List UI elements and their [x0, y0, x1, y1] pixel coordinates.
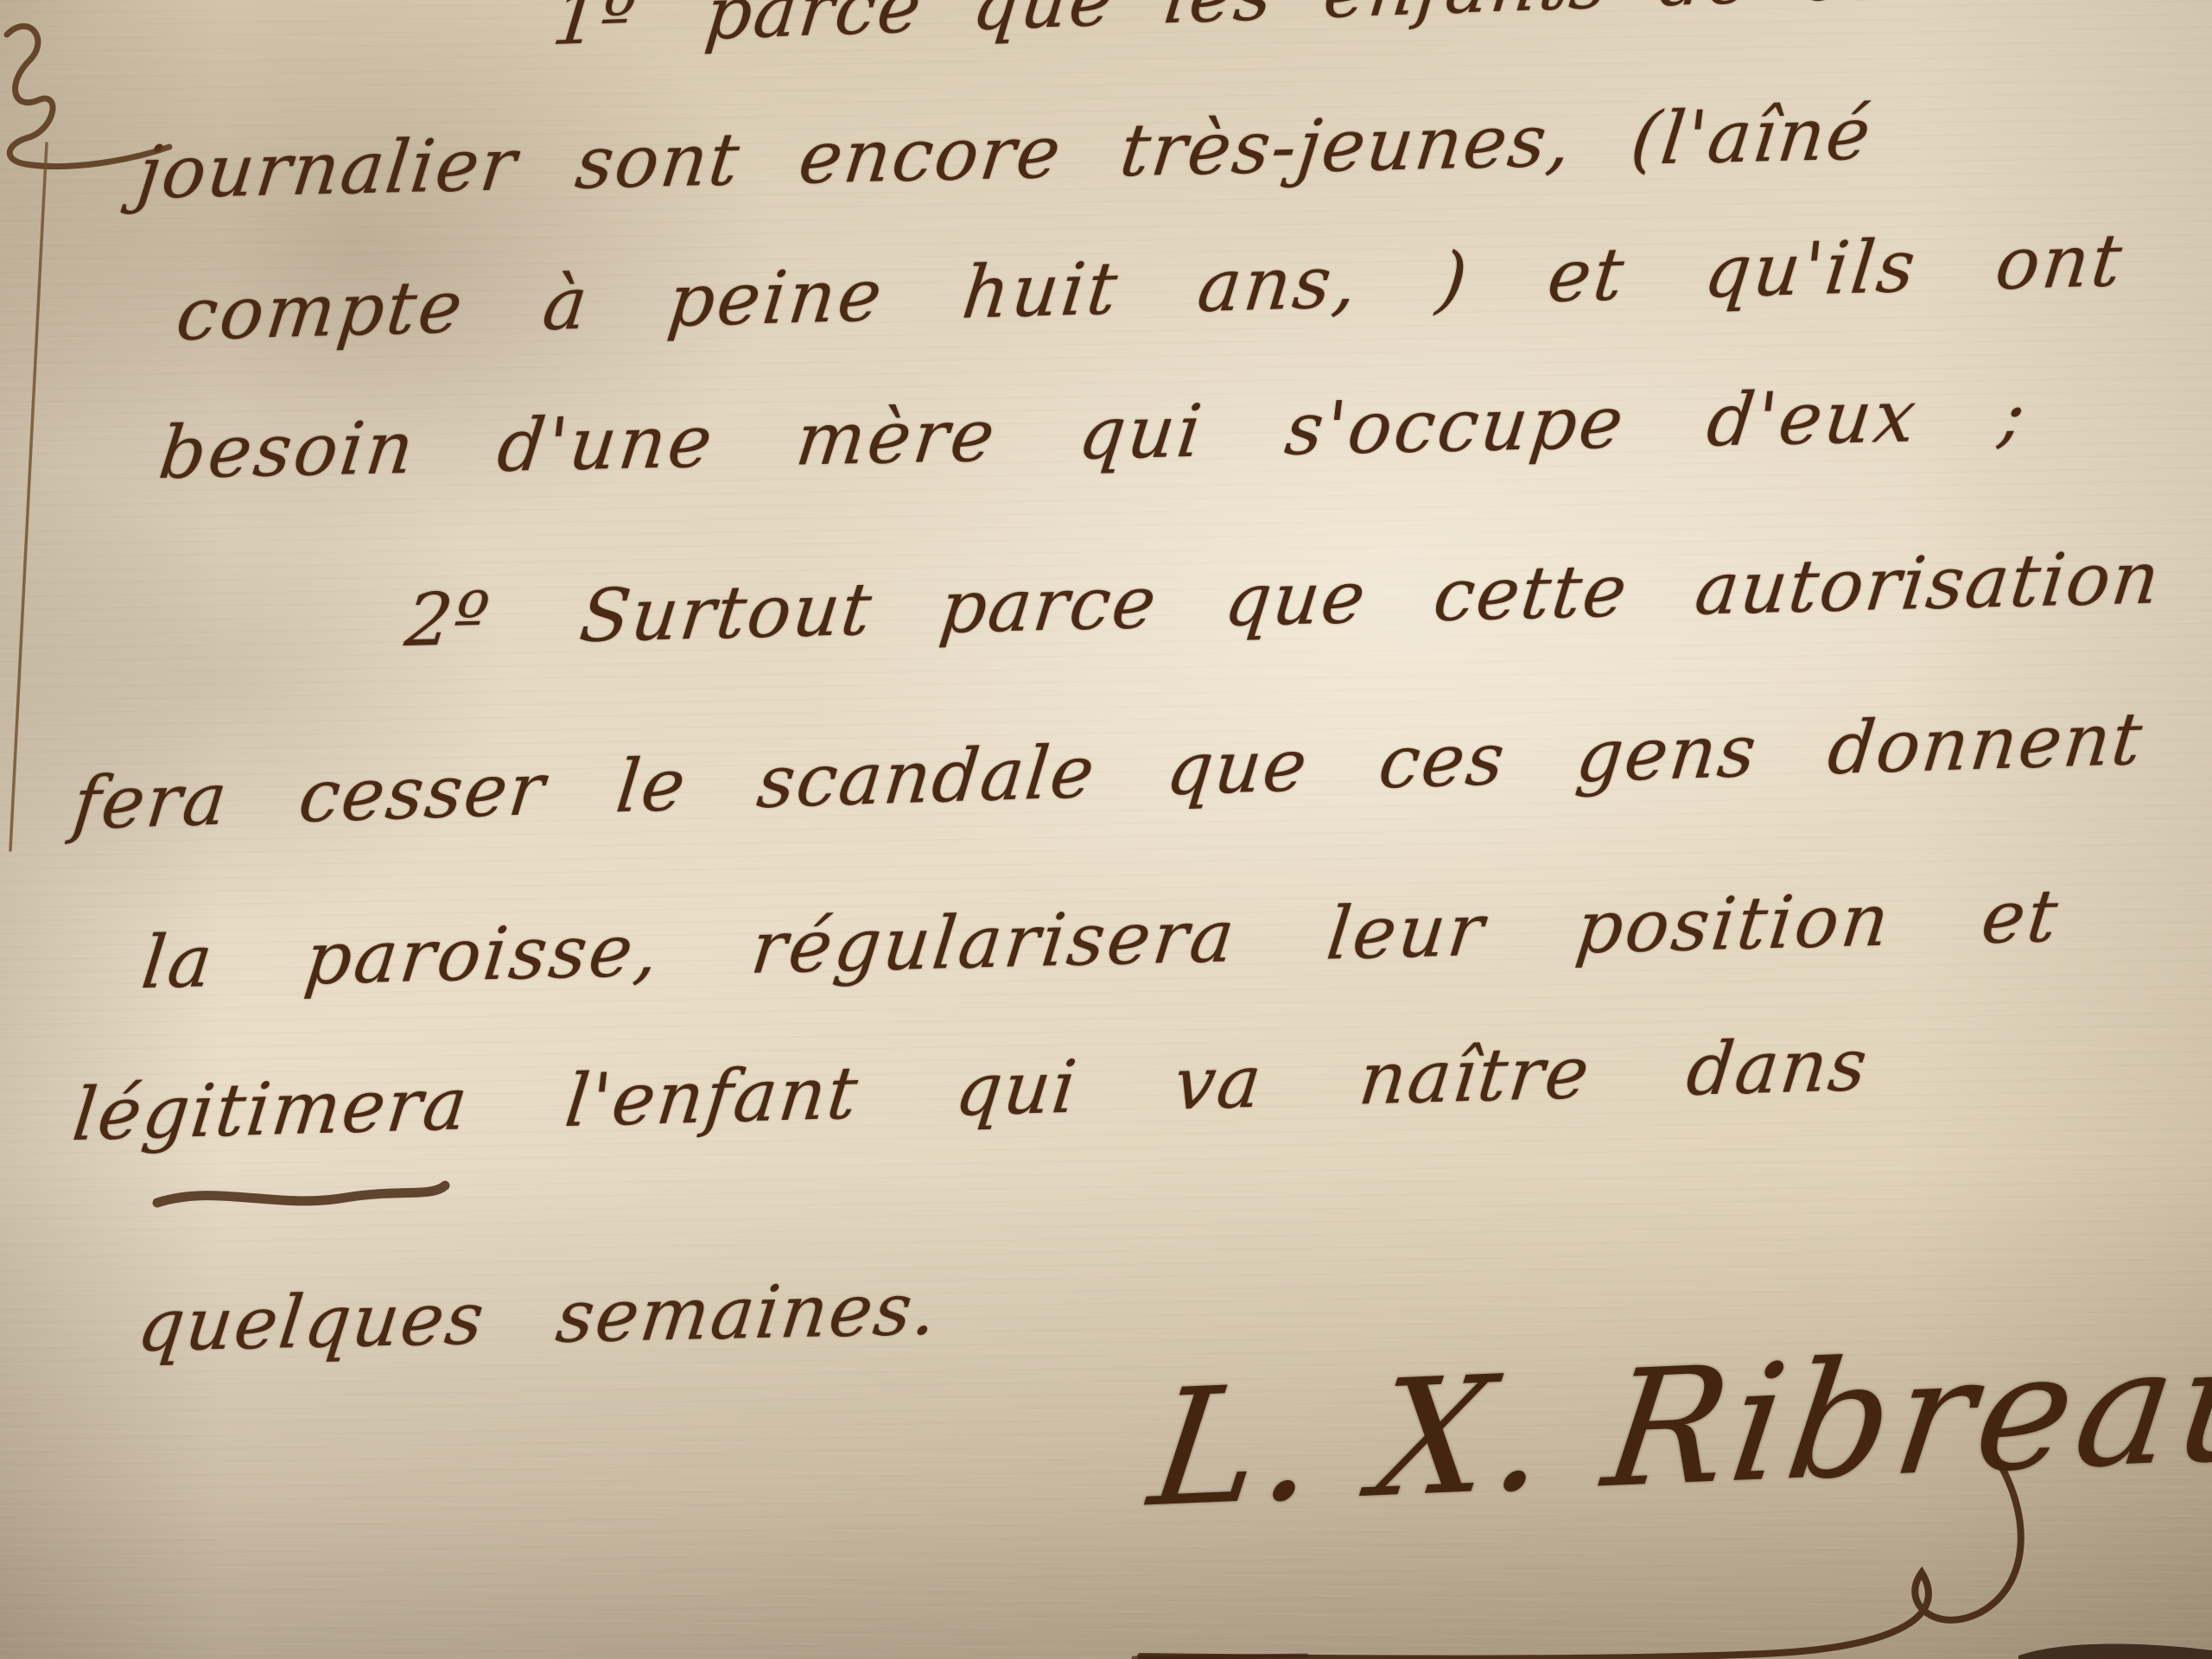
ordinal-marker-primo: 1º: [550, 0, 641, 55]
signature: L. X. Ribreau: [1143, 1321, 2212, 1529]
handwritten-line-9: quelques semaines.: [134, 1272, 943, 1362]
ordinal-marker-secundo: 2º: [402, 582, 494, 657]
line-text: quelques semaines.: [133, 1266, 943, 1368]
letter-page: 1ºparce que les enfants de ce malheureux…: [0, 0, 2212, 1659]
